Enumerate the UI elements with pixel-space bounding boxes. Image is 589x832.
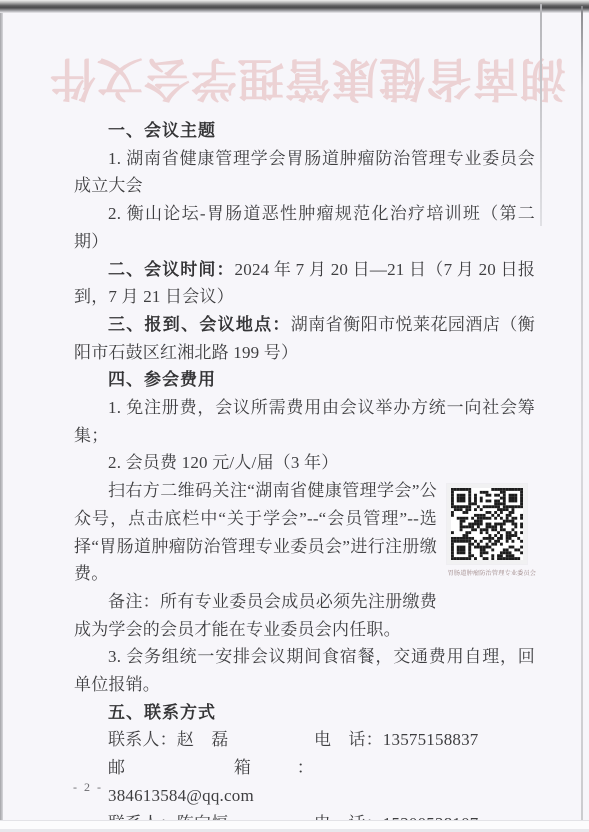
section-1-title: 一、会议主题: [74, 117, 535, 145]
contact-email: 邮 箱：384613584@qq.com: [108, 754, 314, 809]
scan-fold-line: [540, 4, 542, 226]
qr-code-image: [451, 488, 523, 560]
qr-code: [447, 484, 527, 564]
scanned-document-page: 湖南省健康管理学会文件 一、会议主题 1. 湖南省健康管理学会胃肠道肿瘤防治管理…: [0, 0, 589, 832]
scan-edge-top: [0, 0, 589, 13]
section-4-item-1: 1. 免注册费，会议所需费用由会议举办方统一向社会筹集；: [74, 394, 535, 449]
contact-phone: [314, 754, 535, 809]
contact-row: 联系人：赵 磊 电 话：13575158837: [74, 726, 535, 754]
section-2-meeting-time: 二、会议时间：2024 年 7 月 20 日—21 日（7 月 20 日报到，7…: [74, 256, 535, 311]
qr-code-block: 胃肠道肿瘤防治管理专业委员会: [447, 484, 535, 593]
red-letterhead-watermark: 湖南省健康管理学会文件: [66, 57, 566, 115]
contact-row: 邮 箱：384613584@qq.com: [74, 754, 535, 809]
scan-edge-bottom: [0, 820, 589, 832]
section-4-note: 备注：所有专业委员会成员必须先注册缴费成为学会的会员才能在专业委员会内任职。: [74, 588, 535, 643]
section-1-item-1: 1. 湖南省健康管理学会胃肠道肿瘤防治管理专业委员会成立大会: [74, 145, 535, 200]
scan-edge-left: [0, 13, 3, 820]
qr-caption: 胃肠道肿瘤防治管理专业委员会: [448, 565, 535, 582]
section-2-label: 二、会议时间：: [108, 260, 235, 279]
section-4-item-3: 3. 会务组统一安排会议期间食宿餐，交通费用自理，回单位报销。: [74, 643, 535, 698]
scan-edge-right: [581, 6, 583, 822]
page-number: - 2 -: [73, 780, 103, 795]
section-1-item-2: 2. 衡山论坛-胃肠道恶性肿瘤规范化治疗培训班（第二期）: [74, 200, 535, 255]
section-4-title: 四、参会费用: [74, 366, 535, 394]
contact-name: 联系人：赵 磊: [108, 726, 314, 754]
document-body: 一、会议主题 1. 湖南省健康管理学会胃肠道肿瘤防治管理专业委员会成立大会 2.…: [74, 117, 535, 832]
section-4-item-2: 2. 会员费 120 元/人/届（3 年）: [74, 449, 535, 477]
contact-phone: 电 话：13575158837: [314, 726, 535, 754]
section-3-location: 三、报到、会议地点：湖南省衡阳市悦莱花园酒店（衡阳市石鼓区红湘北路 199 号）: [74, 311, 535, 366]
section-3-label: 三、报到、会议地点：: [108, 315, 291, 334]
section-5-title: 五、联系方式: [74, 699, 535, 727]
